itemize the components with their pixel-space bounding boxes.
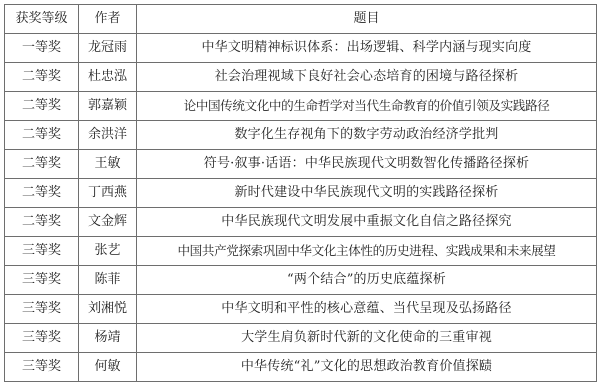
title-cell: 符号·叙事·话语：中华民族现代文明数智化传播路径探析 [137, 150, 597, 179]
award-level-cell: 三等奖 [5, 266, 79, 295]
table-row: 二等奖 丁西燕 新时代建设中华民族现代文明的实践路径探析 [5, 179, 597, 208]
award-level-cell: 三等奖 [5, 353, 79, 382]
title-cell: 社会治理视域下良好社会心态培育的困境与路径探析 [137, 63, 597, 92]
author-cell: 郭嘉颖 [79, 92, 137, 121]
award-level-cell: 一等奖 [5, 34, 79, 63]
awards-table: 获奖等级 作者 题目 一等奖 龙冠雨 中华文明精神标识体系：出场逻辑、科学内涵与… [4, 4, 597, 382]
title-cell: 中华文明精神标识体系：出场逻辑、科学内涵与现实向度 [137, 34, 597, 63]
table-row: 二等奖 文金辉 中华民族现代文明发展中重振文化自信之路径探究 [5, 208, 597, 237]
title-cell: “两个结合”的历史底蕴探析 [137, 266, 597, 295]
table-row: 二等奖 郭嘉颖 论中国传统文化中的生命哲学对当代生命教育的价值引领及实践路径 [5, 92, 597, 121]
table-row: 二等奖 杜忠泓 社会治理视域下良好社会心态培育的困境与路径探析 [5, 63, 597, 92]
table-row: 三等奖 陈菲 “两个结合”的历史底蕴探析 [5, 266, 597, 295]
table-row: 一等奖 龙冠雨 中华文明精神标识体系：出场逻辑、科学内涵与现实向度 [5, 34, 597, 63]
table-row: 二等奖 余洪洋 数字化生存视角下的数字劳动政治经济学批判 [5, 121, 597, 150]
author-cell: 何敏 [79, 353, 137, 382]
author-cell: 丁西燕 [79, 179, 137, 208]
award-level-cell: 二等奖 [5, 150, 79, 179]
award-level-cell: 二等奖 [5, 208, 79, 237]
table-row: 三等奖 刘湘悦 中华文明和平性的核心意蕴、当代呈现及弘扬路径 [5, 295, 597, 324]
author-cell: 文金辉 [79, 208, 137, 237]
author-cell: 杨靖 [79, 324, 137, 353]
title-cell: 中华民族现代文明发展中重振文化自信之路径探究 [137, 208, 597, 237]
award-level-cell: 三等奖 [5, 295, 79, 324]
author-cell: 王敏 [79, 150, 137, 179]
header-award-level: 获奖等级 [5, 5, 79, 34]
header-row: 获奖等级 作者 题目 [5, 5, 597, 34]
title-cell: 中华文明和平性的核心意蕴、当代呈现及弘扬路径 [137, 295, 597, 324]
author-cell: 刘湘悦 [79, 295, 137, 324]
title-cell: 中国共产党探索巩固中华文化主体性的历史进程、实践成果和未来展望 [137, 237, 597, 266]
table-row: 三等奖 杨靖 大学生肩负新时代新的文化使命的三重审视 [5, 324, 597, 353]
award-level-cell: 二等奖 [5, 92, 79, 121]
table-row: 二等奖 王敏 符号·叙事·话语：中华民族现代文明数智化传播路径探析 [5, 150, 597, 179]
title-cell: 大学生肩负新时代新的文化使命的三重审视 [137, 324, 597, 353]
author-cell: 龙冠雨 [79, 34, 137, 63]
award-level-cell: 二等奖 [5, 63, 79, 92]
table-row: 三等奖 张艺 中国共产党探索巩固中华文化主体性的历史进程、实践成果和未来展望 [5, 237, 597, 266]
title-cell: 新时代建设中华民族现代文明的实践路径探析 [137, 179, 597, 208]
author-cell: 余洪洋 [79, 121, 137, 150]
title-cell: 中华传统“礼”文化的思想政治教育价值探赜 [137, 353, 597, 382]
title-cell: 数字化生存视角下的数字劳动政治经济学批判 [137, 121, 597, 150]
award-level-cell: 二等奖 [5, 179, 79, 208]
author-cell: 陈菲 [79, 266, 137, 295]
author-cell: 杜忠泓 [79, 63, 137, 92]
title-cell: 论中国传统文化中的生命哲学对当代生命教育的价值引领及实践路径 [137, 92, 597, 121]
award-level-cell: 三等奖 [5, 237, 79, 266]
header-author: 作者 [79, 5, 137, 34]
table-row: 三等奖 何敏 中华传统“礼”文化的思想政治教育价值探赜 [5, 353, 597, 382]
author-cell: 张艺 [79, 237, 137, 266]
header-title: 题目 [137, 5, 597, 34]
award-level-cell: 三等奖 [5, 324, 79, 353]
award-level-cell: 二等奖 [5, 121, 79, 150]
